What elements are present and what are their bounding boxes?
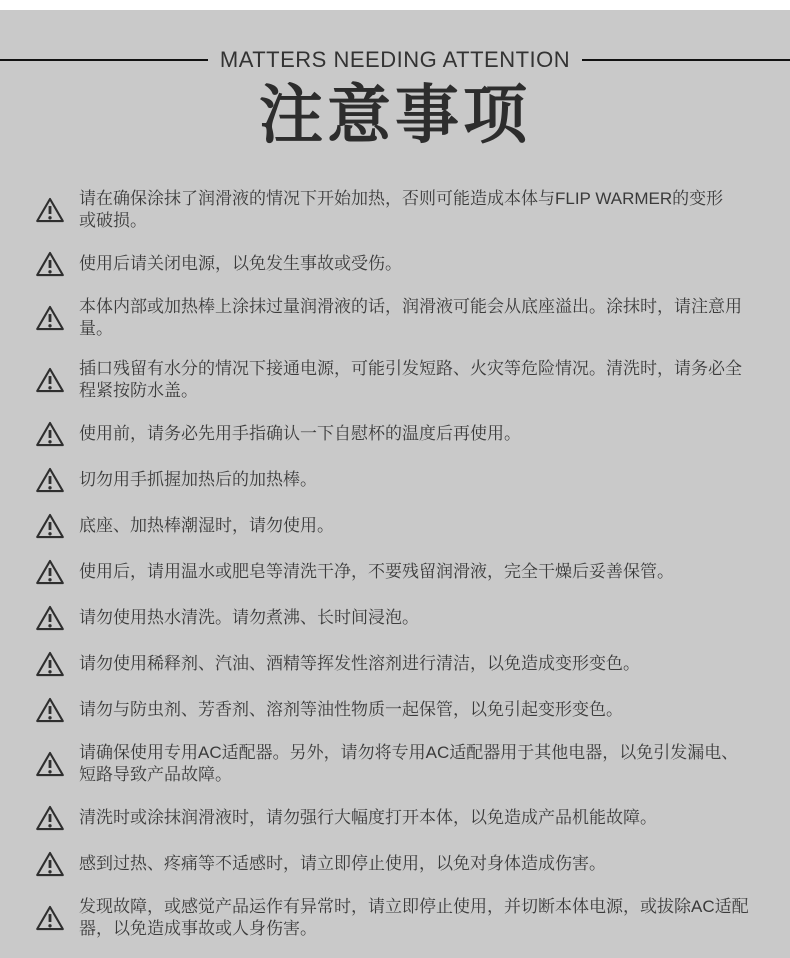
header-rule-left xyxy=(0,59,208,61)
warning-triangle-icon xyxy=(35,904,65,932)
warning-item: 请确保使用专用AC适配器。另外，请勿将专用AC适配器用于其他电器，以免引发漏电、… xyxy=(35,742,768,786)
warning-text: 本体内部或加热棒上涂抹过量润滑液的话，润滑液可能会从底座溢出。涂抹时，请注意用量… xyxy=(79,296,768,340)
page-title: 注意事项 xyxy=(0,80,790,150)
warning-text: 请勿使用热水清洗。请勿煮沸、长时间浸泡。 xyxy=(79,607,419,629)
warning-text: 请确保使用专用AC适配器。另外，请勿将专用AC适配器用于其他电器，以免引发漏电、… xyxy=(79,742,738,786)
warning-triangle-icon xyxy=(35,750,65,778)
attention-panel: MATTERS NEEDING ATTENTION 注意事项 请在确保涂抹了润滑… xyxy=(0,10,790,958)
warning-item: 本体内部或加热棒上涂抹过量润滑液的话，润滑液可能会从底座溢出。涂抹时，请注意用量… xyxy=(35,296,768,340)
warning-text: 请在确保涂抹了润滑液的情况下开始加热，否则可能造成本体与FLIP WARMER的… xyxy=(79,188,723,232)
warning-item: 感到过热、疼痛等不适感时，请立即停止使用，以免对身体造成伤害。 xyxy=(35,850,768,878)
section-header-text: MATTERS NEEDING ATTENTION xyxy=(208,47,582,73)
warning-text: 底座、加热棒潮湿时，请勿使用。 xyxy=(79,515,334,537)
warning-list: 请在确保涂抹了润滑液的情况下开始加热，否则可能造成本体与FLIP WARMER的… xyxy=(0,188,790,940)
warning-triangle-icon xyxy=(35,466,65,494)
warning-item: 使用前，请务必先用手指确认一下自慰杯的温度后再使用。 xyxy=(35,420,768,448)
warning-text: 插口残留有水分的情况下接通电源，可能引发短路、火灾等危险情况。清洗时，请务必全 … xyxy=(79,358,742,402)
warning-text: 使用前，请务必先用手指确认一下自慰杯的温度后再使用。 xyxy=(79,423,521,445)
warning-text: 切勿用手抓握加热后的加热棒。 xyxy=(79,469,317,491)
warning-text: 使用后，请用温水或肥皂等清洗干净，不要残留润滑液，完全干燥后妥善保管。 xyxy=(79,561,674,583)
page: MATTERS NEEDING ATTENTION 注意事项 请在确保涂抹了润滑… xyxy=(0,0,790,958)
warning-item: 清洗时或涂抹润滑液时，请勿强行大幅度打开本体，以免造成产品机能故障。 xyxy=(35,804,768,832)
section-header: MATTERS NEEDING ATTENTION xyxy=(0,46,790,74)
warning-triangle-icon xyxy=(35,558,65,586)
warning-item: 使用后，请用温水或肥皂等清洗干净，不要残留润滑液，完全干燥后妥善保管。 xyxy=(35,558,768,586)
warning-text: 发现故障，或感觉产品运作有异常时，请立即停止使用，并切断本体电源，或拔除AC适配… xyxy=(79,896,749,940)
warning-text: 清洗时或涂抹润滑液时，请勿强行大幅度打开本体，以免造成产品机能故障。 xyxy=(79,807,657,829)
warning-item: 使用后请关闭电源，以免发生事故或受伤。 xyxy=(35,250,768,278)
warning-triangle-icon xyxy=(35,604,65,632)
warning-item: 请勿使用热水清洗。请勿煮沸、长时间浸泡。 xyxy=(35,604,768,632)
warning-item: 底座、加热棒潮湿时，请勿使用。 xyxy=(35,512,768,540)
warning-text: 请勿使用稀释剂、汽油、酒精等挥发性溶剂进行清洁，以免造成变形变色。 xyxy=(79,653,640,675)
warning-triangle-icon xyxy=(35,804,65,832)
warning-item: 请在确保涂抹了润滑液的情况下开始加热，否则可能造成本体与FLIP WARMER的… xyxy=(35,188,768,232)
warning-item: 请勿与防虫剂、芳香剂、溶剂等油性物质一起保管，以免引起变形变色。 xyxy=(35,696,768,724)
warning-triangle-icon xyxy=(35,420,65,448)
warning-item: 插口残留有水分的情况下接通电源，可能引发短路、火灾等危险情况。清洗时，请务必全 … xyxy=(35,358,768,402)
warning-text: 使用后请关闭电源，以免发生事故或受伤。 xyxy=(79,253,402,275)
warning-triangle-icon xyxy=(35,650,65,678)
warning-triangle-icon xyxy=(35,366,65,394)
header-rule-right xyxy=(582,59,790,61)
warning-triangle-icon xyxy=(35,512,65,540)
warning-item: 发现故障，或感觉产品运作有异常时，请立即停止使用，并切断本体电源，或拔除AC适配… xyxy=(35,896,768,940)
warning-triangle-icon xyxy=(35,696,65,724)
warning-text: 感到过热、疼痛等不适感时，请立即停止使用，以免对身体造成伤害。 xyxy=(79,853,606,875)
warning-text: 请勿与防虫剂、芳香剂、溶剂等油性物质一起保管，以免引起变形变色。 xyxy=(79,699,623,721)
top-white-strip xyxy=(0,0,790,10)
warning-triangle-icon xyxy=(35,250,65,278)
warning-item: 切勿用手抓握加热后的加热棒。 xyxy=(35,466,768,494)
warning-triangle-icon xyxy=(35,850,65,878)
warning-triangle-icon xyxy=(35,196,65,224)
warning-item: 请勿使用稀释剂、汽油、酒精等挥发性溶剂进行清洁，以免造成变形变色。 xyxy=(35,650,768,678)
warning-triangle-icon xyxy=(35,304,65,332)
